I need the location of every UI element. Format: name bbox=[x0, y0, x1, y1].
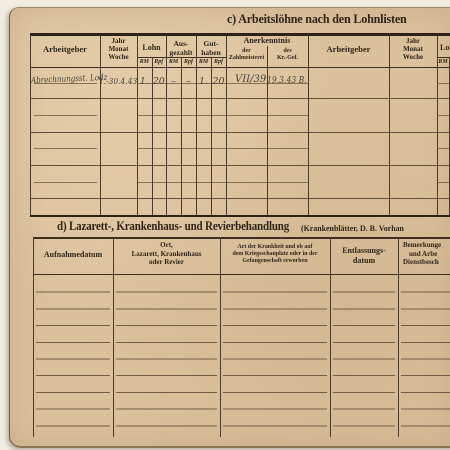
grid-line bbox=[34, 115, 97, 116]
grid-line bbox=[33, 237, 450, 239]
grid-line bbox=[267, 46, 268, 215]
ruled-lines bbox=[116, 276, 217, 427]
grid-line bbox=[30, 215, 450, 218]
entry-zeitraum: 1.-30.4.43 bbox=[99, 77, 132, 87]
label-lazarett-krankenhaus: Lazarett, Krankenhaus bbox=[113, 250, 220, 259]
label-art-line3: Gefangenschaft erworben bbox=[220, 258, 330, 265]
grid-line bbox=[34, 182, 97, 183]
label-art-line2: dem Kriegsschauplatz oder in der bbox=[220, 251, 330, 258]
column-header-anerkenntnis: Anerkenntnis bbox=[226, 36, 308, 45]
grid-line bbox=[137, 115, 308, 116]
ruled-lines bbox=[223, 276, 327, 427]
subheader-rm: RM bbox=[196, 59, 211, 65]
ruled-lines bbox=[36, 276, 110, 427]
label-monat: Monat bbox=[100, 45, 137, 53]
label-und-arbeits: und Arbe bbox=[403, 250, 450, 259]
grid-line bbox=[137, 182, 308, 183]
subheader-rm: RM bbox=[166, 59, 181, 65]
label-zahlmeisterei: Zahlmeisterei bbox=[226, 55, 267, 62]
grid-line bbox=[113, 237, 114, 437]
grid-line bbox=[389, 35, 390, 215]
column-header-guthaben: Gut- haben bbox=[196, 40, 226, 57]
entry-guthaben-rm: 1. bbox=[196, 76, 211, 87]
column-header-aufnahmedatum: Aufnahmedatum bbox=[33, 250, 113, 259]
entry-guthaben-rpf: 20 bbox=[211, 76, 226, 87]
column-header-jahr-monat-woche-left: Jahr Monat Woche bbox=[100, 37, 137, 61]
column-header-jahr-monat-woche-right: Jahr Monat Woche bbox=[389, 37, 437, 61]
label-der: der bbox=[226, 48, 267, 55]
ruled-lines bbox=[401, 276, 450, 427]
entry-lohn-rm: 1. bbox=[137, 76, 152, 87]
column-header-ort-lazarett: Ort, Lazarett, Krankenhaus oder Revier bbox=[113, 241, 220, 267]
grid-line bbox=[30, 98, 450, 99]
label-haben: haben bbox=[196, 49, 226, 58]
grid-line bbox=[30, 165, 450, 166]
section-d-title: d) Lazarett-, Krankenhaus- und Revierbeh… bbox=[57, 219, 289, 234]
label-art-line1: Art der Krankheit und ob auf bbox=[220, 244, 330, 251]
entry-anerkenntnis-kr-gef: 19.3.43 B. bbox=[267, 76, 307, 86]
grid-line bbox=[30, 132, 450, 133]
column-header-zahlmeisterei: der Zahlmeisterei bbox=[226, 48, 267, 61]
column-header-ausgezahlt: Aus- gezahlt bbox=[166, 40, 196, 57]
grid-line bbox=[30, 35, 31, 215]
entry-lohn-rpf: 20 bbox=[152, 76, 167, 87]
label-oder-revier: oder Revier bbox=[113, 258, 220, 267]
grid-line bbox=[398, 237, 399, 437]
entry-ausgezahlt-rm: – bbox=[166, 76, 181, 87]
entry-ausgezahlt-rpf: – bbox=[181, 76, 196, 87]
label-datum: datum bbox=[330, 256, 398, 266]
grid-line bbox=[226, 35, 227, 215]
subheader-rm: RM bbox=[437, 59, 449, 65]
grid-line bbox=[137, 148, 308, 149]
label-kr-gef: Kr.-Gef. bbox=[267, 55, 308, 62]
subheader-rpf: Rpf bbox=[181, 59, 196, 65]
column-header-art-der-krankheit: Art der Krankheit und ob auf dem Kriegss… bbox=[220, 244, 330, 265]
grid-line bbox=[308, 35, 309, 215]
section-d-title-note: (Krankenblätter, D. B. Vorhan bbox=[301, 223, 404, 233]
grid-line bbox=[34, 148, 97, 149]
grid-line bbox=[30, 67, 450, 68]
scanned-record-card-page: c) Arbeitslöhne nach den Lohnlisten Arbe… bbox=[0, 0, 450, 450]
subheader-rpf: Rpf bbox=[152, 59, 167, 65]
entry-anerkenntnis-zahlmeisterei: VII/39 bbox=[235, 74, 266, 85]
label-monat: Monat bbox=[389, 45, 437, 53]
grid-line bbox=[30, 198, 450, 199]
label-woche: Woche bbox=[389, 53, 437, 61]
column-header-entlassungsdatum: Entlassungs- datum bbox=[330, 246, 398, 265]
label-ort: Ort, bbox=[113, 241, 220, 250]
label-jahr: Jahr bbox=[100, 37, 137, 45]
column-header-bemerkungen-clipped: Bemerkunge und Arbe Dienstbesch bbox=[403, 241, 450, 267]
grid-line bbox=[100, 35, 101, 215]
ruled-lines bbox=[333, 276, 395, 427]
label-bemerkungen: Bemerkunge bbox=[403, 241, 450, 250]
subheader-rm: RM bbox=[137, 59, 152, 65]
label-woche: Woche bbox=[100, 53, 137, 61]
grid-line bbox=[33, 237, 34, 437]
label-gezahlt: gezahlt bbox=[166, 49, 196, 58]
column-header-kr-gef: des Kr.-Gef. bbox=[267, 48, 308, 61]
subheader-rpf: Rpf bbox=[211, 59, 226, 65]
column-header-arbeitgeber-left: Arbeitgeber bbox=[30, 44, 100, 54]
grid-line bbox=[330, 237, 331, 437]
column-header-lohn: Lohn bbox=[137, 43, 166, 52]
grid-line bbox=[220, 237, 221, 437]
label-jahr: Jahr bbox=[389, 37, 437, 45]
column-header-arbeitgeber-right: Arbeitgeber bbox=[308, 44, 389, 54]
label-entlassungs: Entlassungs- bbox=[330, 246, 398, 256]
section-c-title: c) Arbeitslöhne nach den Lohnlisten bbox=[227, 11, 407, 27]
label-des: des bbox=[267, 48, 308, 55]
column-header-lohn-right-clipped: Lohn bbox=[440, 43, 450, 52]
label-dienstbesch: Dienstbesch bbox=[403, 258, 450, 267]
